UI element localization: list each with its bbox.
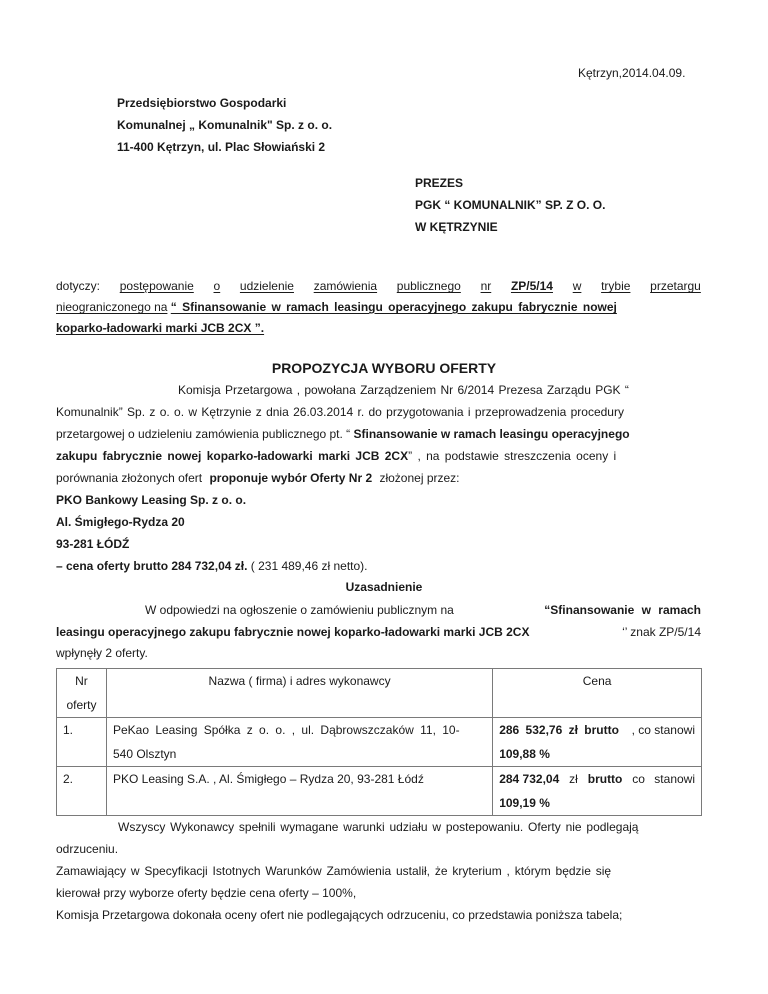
offer-name-line-1: PKO Leasing S.A. , Al. Śmigłego – Rydza … xyxy=(113,767,486,791)
proposal-line-4: zakupu fabrycznie nowej koparko-ładowark… xyxy=(56,449,701,463)
offer-nr: 1. xyxy=(57,718,107,767)
offer-percent: 109,88 % xyxy=(499,742,695,766)
justification-line-2: leasingu operacyjnego zakupu fabrycznie … xyxy=(56,625,701,639)
recipient-line-1: PREZES xyxy=(415,176,463,190)
proposal-text: złożonej przez: xyxy=(379,471,459,485)
subject-text: nieograniczonego na xyxy=(56,300,167,314)
proposal-choice: proponuje wybór Oferty Nr 2 xyxy=(209,471,372,485)
winner-name: PKO Bankowy Leasing Sp. z o. o. xyxy=(56,493,701,507)
offer-nr: 2. xyxy=(57,767,107,816)
offer-price-line-1: 284 732,04 zł brutto co stanowi xyxy=(499,767,695,791)
subject-line-3: koparko-ładowarki marki JCB 2CX ”. xyxy=(56,321,701,335)
subject-title: “ Sfinansowanie w ramach leasingu operac… xyxy=(171,300,617,314)
table-header-row: Nr oferty Nazwa ( firma) i adres wykonaw… xyxy=(57,669,702,718)
winner-street: Al. Śmigłego-Rydza 20 xyxy=(56,515,701,529)
offer-name-line-2: 540 Olsztyn xyxy=(113,742,486,766)
offer-price-amount: 284 732,04 xyxy=(499,767,559,791)
subject-word: w xyxy=(573,279,582,293)
header-name: Nazwa ( firma) i adres wykonawcy xyxy=(106,669,492,718)
proposal-subject: zakupu fabrycznie nowej koparko-ładowark… xyxy=(56,449,408,463)
subject-word: przetargu xyxy=(650,279,701,293)
offer-name: PeKao Leasing Spółka z o. o. , ul. Dąbro… xyxy=(106,718,492,767)
justification-heading: Uzasadnienie xyxy=(0,580,768,594)
offer-price-text: , co stanowi xyxy=(632,718,695,742)
justification-text: W odpowiedzi na ogłoszenie o zamówieniu … xyxy=(145,603,454,617)
header-nr-line-1: Nr xyxy=(63,669,100,693)
proposal-line-1: Komisja Przetargowa , powołana Zarządzen… xyxy=(178,383,629,397)
subject-word: trybie xyxy=(601,279,630,293)
offer-name-text: PeKao Leasing Spółka z o. o. , ul. Dąbro… xyxy=(113,718,460,742)
closing-line-1: Wszyscy Wykonawcy spełnili wymagane waru… xyxy=(118,820,701,834)
subject-label: dotyczy: xyxy=(56,279,100,293)
justification-line-3: wpłynęły 2 oferty. xyxy=(56,646,148,660)
header-nr: Nr oferty xyxy=(57,669,107,718)
offer-price-text: co stanowi xyxy=(632,767,695,791)
table-row: 2. PKO Leasing S.A. , Al. Śmigłego – Ryd… xyxy=(57,767,702,816)
offer-price: 286 532,76 zł brutto , co stanowi 109,88… xyxy=(493,718,702,767)
justification-subject: leasingu operacyjnego zakupu fabrycznie … xyxy=(56,625,529,639)
sender-line-3: 11-400 Kętrzyn, ul. Plac Słowiański 2 xyxy=(117,140,325,154)
recipient-line-2: PGK “ KOMUNALNIK” SP. Z O. O. xyxy=(415,198,605,212)
document-title: PROPOZYCJA WYBORU OFERTY xyxy=(0,360,768,376)
offer-name: PKO Leasing S.A. , Al. Śmigłego – Rydza … xyxy=(106,767,492,816)
offer-price-line-1: 286 532,76 zł brutto , co stanowi xyxy=(499,718,695,742)
offer-percent: 109,19 % xyxy=(499,791,695,815)
offer-price-currency: zł xyxy=(569,767,578,791)
price-gross: – cena oferty brutto 284 732,04 zł. xyxy=(56,559,247,573)
closing-text: Wszyscy Wykonawcy spełnili wymagane waru… xyxy=(118,820,638,834)
case-number: ZP/5/14 xyxy=(511,279,553,293)
offer-price: 284 732,04 zł brutto co stanowi 109,19 % xyxy=(493,767,702,816)
header-nr-line-2: oferty xyxy=(63,693,100,717)
subject-word: publicznego xyxy=(397,279,461,293)
closing-line-3: Zamawiający w Specyfikacji Istotnych War… xyxy=(56,864,701,878)
proposal-subject: Sfinansowanie w ramach leasingu operacyj… xyxy=(354,427,630,441)
recipient-line-3: W KĘTRZYNIE xyxy=(415,220,498,234)
proposal-text: ” , na podstawie streszczenia oceny i xyxy=(408,449,616,463)
justification-text: ‘’ znak ZP/5/14 xyxy=(622,625,701,639)
offer-name-line-2 xyxy=(113,791,486,815)
proposal-line-3: przetargowej o udzieleniu zamówienia pub… xyxy=(56,427,701,441)
price-net: ( 231 489,46 zł netto). xyxy=(251,559,368,573)
subject-word: udzielenie xyxy=(240,279,294,293)
proposal-text: porównania złożonych ofert xyxy=(56,471,202,485)
offers-table: Nr oferty Nazwa ( firma) i adres wykonaw… xyxy=(56,668,702,816)
offer-name-line-1: PeKao Leasing Spółka z o. o. , ul. Dąbro… xyxy=(113,718,486,742)
justification-subject: “Sfinansowanie w ramach xyxy=(544,603,701,617)
closing-line-4: kierował przy wyborze oferty będzie cena… xyxy=(56,886,701,900)
subject-title-end: koparko-ładowarki marki JCB 2CX ”. xyxy=(56,321,264,335)
closing-line-2: odrzuceniu. xyxy=(56,842,701,856)
subject-word: o xyxy=(214,279,221,293)
subject-word: postępowanie xyxy=(120,279,194,293)
subject-word: zamówienia xyxy=(314,279,377,293)
proposal-line-2: Komunalnik” Sp. z o. o. w Kętrzynie z dn… xyxy=(56,405,701,419)
closing-line-5: Komisja Przetargowa dokonała oceny ofert… xyxy=(56,908,701,922)
proposal-line-5: porównania złożonych ofert proponuje wyb… xyxy=(56,471,701,485)
offer-price-amount: 286 532,76 zł brutto xyxy=(499,718,619,742)
sender-line-1: Przedsiębiorstwo Gospodarki xyxy=(117,96,286,110)
table-row: 1. PeKao Leasing Spółka z o. o. , ul. Dą… xyxy=(57,718,702,767)
header-price: Cena xyxy=(493,669,702,718)
subject-word: nr xyxy=(481,279,492,293)
offer-price-brutto: brutto xyxy=(588,767,623,791)
proposal-text: przetargowej o udzieleniu zamówienia pub… xyxy=(56,427,350,441)
winner-city: 93-281 ŁÓDŹ xyxy=(56,537,701,551)
subject-line-2: nieograniczonego na “ Sfinansowanie w ra… xyxy=(56,300,701,314)
winner-price: – cena oferty brutto 284 732,04 zł. ( 23… xyxy=(56,559,701,573)
justification-line-1: W odpowiedzi na ogłoszenie o zamówieniu … xyxy=(145,603,701,617)
place-date: Kętrzyn,2014.04.09. xyxy=(578,66,685,80)
sender-line-2: Komunalnej „ Komunalnik" Sp. z o. o. xyxy=(117,118,332,132)
subject-line-1: dotyczy: postępowanie o udzielenie zamów… xyxy=(56,279,701,293)
